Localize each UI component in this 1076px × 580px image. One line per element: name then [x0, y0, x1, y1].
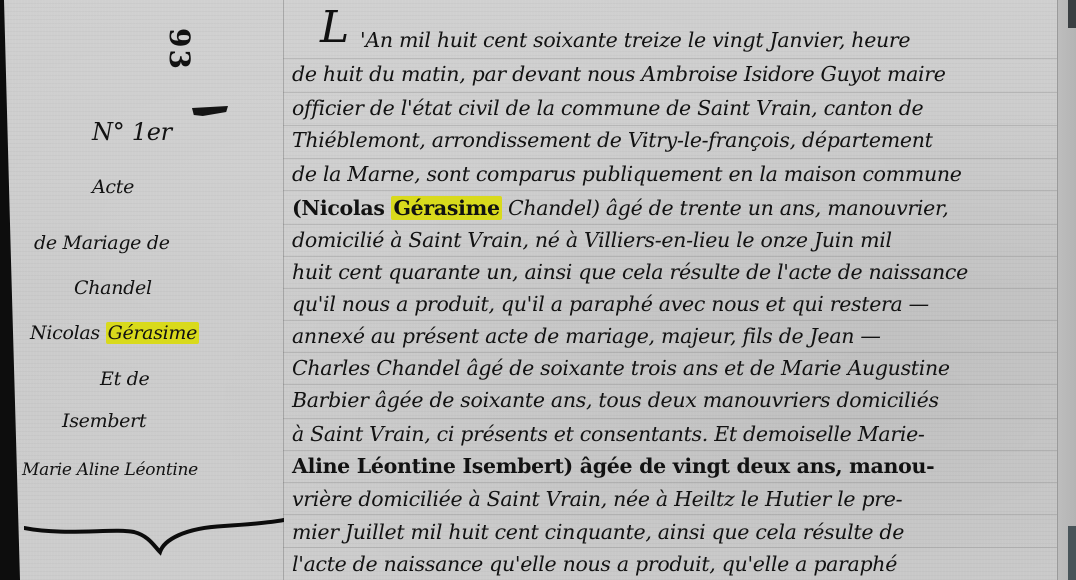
margin-name-line: Nicolas Gérasime	[30, 322, 199, 344]
body-line: annexé au présent acte de mariage, majeu…	[292, 324, 881, 348]
ruled-line	[283, 320, 1058, 321]
ruled-line	[283, 418, 1058, 419]
highlighted-name: Gérasime	[391, 196, 501, 220]
ruled-line	[283, 224, 1058, 225]
ruled-line	[283, 58, 1058, 59]
initial-letter: L	[320, 2, 349, 53]
body-line: domicilié à Saint Vrain, né à Villiers-e…	[292, 228, 892, 252]
margin-rule	[283, 0, 284, 580]
scan-border	[1068, 0, 1076, 28]
document-scan: 93 N° 1er Acte de Mariage de Chandel Nic…	[0, 0, 1076, 580]
body-line: huit cent quarante un, ainsi que cela ré…	[292, 260, 968, 284]
body-line: de huit du matin, par devant nous Ambroi…	[292, 62, 946, 86]
margin-given-name: Nicolas	[30, 322, 106, 344]
body-line: qu'il nous a produit, qu'il a paraphé av…	[292, 292, 929, 316]
body-line: l'acte de naissance qu'elle nous a produ…	[292, 552, 897, 576]
margin-entry-number: N° 1er	[92, 118, 172, 146]
body-line: Thiéblemont, arrondissement de Vitry-le-…	[292, 128, 933, 152]
groom-line-rest: Chandel) âgé de trente un ans, manouvrie…	[502, 196, 949, 220]
ruled-line	[283, 352, 1058, 353]
body-line: Charles Chandel âgé de soixante trois an…	[292, 356, 950, 380]
margin-line: Marie Aline Léontine	[22, 460, 198, 480]
ruled-line	[283, 92, 1058, 93]
highlighted-name: Gérasime	[106, 322, 200, 344]
flourish-ornament	[24, 518, 284, 558]
page-number: 93	[163, 28, 196, 71]
scan-border	[1068, 526, 1076, 580]
body-line-groom: (Nicolas Gérasime Chandel) âgé de trente…	[292, 196, 948, 220]
margin-line: Chandel	[74, 277, 152, 299]
ruled-line	[283, 514, 1058, 515]
margin-line: de Mariage de	[34, 232, 170, 254]
margin-line: Acte	[92, 176, 134, 198]
body-line: vrière domiciliée à Saint Vrain, née à H…	[292, 487, 902, 511]
ruled-line	[283, 256, 1058, 257]
groom-name-start: (Nicolas	[292, 196, 391, 220]
ruled-line	[283, 482, 1058, 483]
ruled-line	[283, 125, 1058, 126]
ruled-line	[283, 547, 1058, 548]
body-line-bride: Aline Léontine Isembert) âgée de vingt d…	[292, 454, 934, 478]
body-line: 'An mil huit cent soixante treize le vin…	[360, 28, 910, 52]
right-page-edge	[1057, 0, 1076, 580]
body-line: à Saint Vrain, ci présents et consentant…	[292, 422, 925, 446]
ruled-line	[283, 384, 1058, 385]
body-line: officier de l'état civil de la commune d…	[292, 96, 923, 120]
body-line: Barbier âgée de soixante ans, tous deux …	[292, 388, 939, 412]
margin-line: Et de	[100, 368, 149, 390]
ruled-line	[283, 288, 1058, 289]
body-line: de la Marne, sont comparus publiquement …	[292, 162, 962, 186]
body-line: mier Juillet mil huit cent cinquante, ai…	[292, 520, 904, 544]
ruled-line	[283, 450, 1058, 451]
binding-edge	[0, 0, 26, 580]
stamp-mark	[192, 106, 228, 116]
margin-line: Isembert	[62, 410, 146, 432]
ruled-line	[283, 158, 1058, 159]
ruled-line	[283, 190, 1058, 191]
